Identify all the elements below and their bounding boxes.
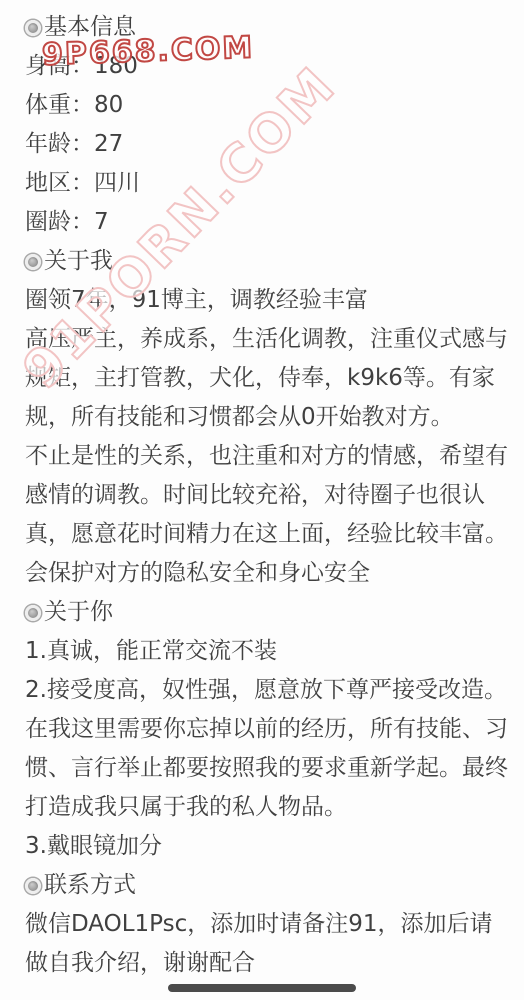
about-me-intro: 圈领7年，91博主，调教经验丰富 [25, 281, 509, 320]
section-header-contact: 联系方式 [25, 866, 509, 905]
contact-wechat: 微信DAOL1Psc，添加时请备注91，添加后请做自我介绍，谢谢配合 [25, 905, 509, 983]
about-me-privacy: 会保护对方的隐私安全和身心安全 [25, 554, 509, 593]
about-me-style: 高压严主，养成系，生活化调教，注重仪式感与规矩，主打管教，犬化，侍奉，k9k6等… [25, 320, 509, 437]
field-age: 年龄：27 [25, 125, 509, 164]
section-title-about-me: 关于我 [44, 242, 113, 281]
about-me-emotion: 不止是性的关系，也注重和对方的情感，希望有感情的调教。时间比较充裕，对待圈子也很… [25, 437, 509, 554]
radio-button-icon [25, 878, 41, 894]
section-title-basic-info: 基本信息 [44, 8, 136, 47]
field-weight: 体重：80 [25, 86, 509, 125]
radio-button-icon [25, 605, 41, 621]
requirement-2: 2.接受度高，奴性强，愿意放下尊严接受改造。在我这里需要你忘掉以前的经历，所有技… [25, 671, 509, 827]
radio-button-icon [25, 254, 41, 270]
section-header-about-me: 关于我 [25, 242, 509, 281]
field-region: 地区：四川 [25, 164, 509, 203]
field-height: 身高：180 [25, 47, 509, 86]
section-title-about-you: 关于你 [44, 593, 113, 632]
requirement-3: 3.戴眼镜加分 [25, 827, 509, 866]
requirement-1: 1.真诚，能正常交流不装 [25, 632, 509, 671]
section-header-basic-info: 基本信息 [25, 8, 509, 47]
field-circle-age: 圈龄：7 [25, 203, 509, 242]
section-header-about-you: 关于你 [25, 593, 509, 632]
radio-button-icon [25, 20, 41, 36]
section-title-contact: 联系方式 [44, 866, 136, 905]
home-indicator-handle[interactable] [168, 984, 356, 992]
profile-post: 基本信息 身高：180 体重：80 年龄：27 地区：四川 圈龄：7 关于我 圈… [25, 8, 509, 983]
